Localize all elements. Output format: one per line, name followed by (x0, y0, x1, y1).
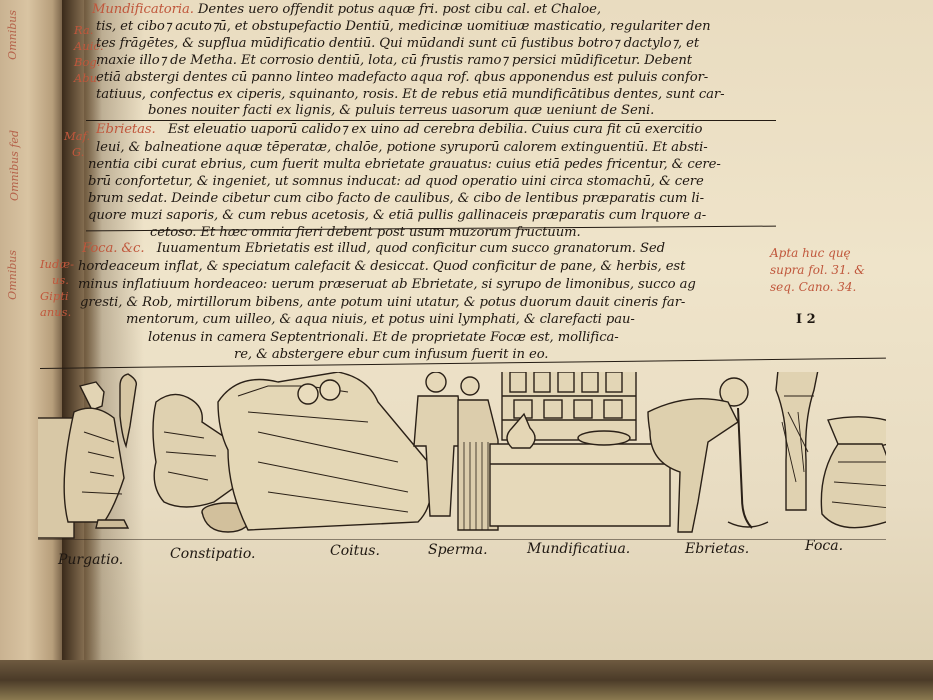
rubric-heading: Ebrietas. (96, 122, 156, 137)
left-margin-word: Omnibus (6, 10, 19, 60)
right-margin-note: Apta huc quę supra fol. 31. & seq. Cano.… (770, 245, 865, 296)
margin-note-line: us. (40, 272, 74, 288)
text-line: Mundificatoria. Dentes uero offendit pot… (92, 2, 601, 17)
margin-note-line: anus. (40, 304, 74, 320)
caption-ebrietas: Ebrietas. (685, 541, 749, 557)
margin-note-line: Iudæ- (40, 256, 74, 272)
text-line: Foca. &c. Iuuamentum Ebrietatis est illu… (82, 241, 665, 256)
left-margin-word: Omnibus fed (8, 130, 21, 201)
text-line: leui, & balneatione aquæ tēperatæ, chalō… (96, 140, 708, 155)
foca-vessels (776, 372, 886, 528)
margin-note-line: seq. Cano. 34. (770, 279, 865, 296)
text-line: tis, et cibo⁊ acuto⁊ū, et obstupefactio … (96, 19, 710, 34)
text-line: brū confortetur, & ingeniet, ut somnus i… (88, 174, 704, 189)
caption-coitus: Coitus. (330, 543, 380, 559)
text-line: quore muzi saporis, & cum rebus acetosis… (88, 208, 706, 223)
caption-constipatio: Constipatio. (170, 546, 256, 562)
text-line: gresti, & Rob, mirtillorum bibens, ante … (80, 295, 685, 310)
caption-mundificatiua: Mundificatiua. (527, 541, 630, 557)
purgatio-figure (38, 374, 136, 538)
text-line: Ebrietas. Est eleuatio uaporū calido⁊ ex… (96, 122, 702, 137)
text-span: Est eleuatio uaporū calido⁊ ex uino ad c… (168, 122, 702, 137)
text-line: maxie illo⁊ de Metha. Et corrosio dentiū… (96, 53, 692, 68)
margin-note-line: Maf. (64, 128, 90, 144)
left-page-edge: Omnibus Omnibus fed Omnibus (0, 0, 70, 700)
left-margin-word: Omnibus (6, 250, 19, 300)
text-line: brum sedat. Deinde cibetur cum cibo fact… (88, 191, 704, 206)
woodcut-illustration (38, 372, 886, 540)
text-span: Dentes uero offendit potus aquæ fri. pos… (198, 2, 601, 17)
text-line: tes frāgētes, & supflua mūdificatio dent… (96, 36, 699, 51)
text-line: nentia cibi curat ebrius, cum fuerit mul… (88, 157, 721, 172)
mundificatiua-scene (490, 372, 670, 526)
caption-sperma: Sperma. (428, 542, 488, 558)
margin-note-line: Apta huc quę (770, 245, 865, 262)
caption-foca: Foca. (805, 538, 843, 554)
margin-note: Maf. G. (64, 128, 90, 160)
margin-note: Iudæ- us. Gipti anus. (40, 256, 74, 320)
text-span: Iuuamentum Ebrietatis est illud, quod co… (157, 241, 665, 256)
margin-note-line: Gipti (40, 288, 74, 304)
margin-note-line: G. (64, 144, 90, 160)
text-line: re, & abstergere ebur cum infusum fuerit… (234, 347, 548, 362)
folio-signature: I 2 (796, 312, 816, 327)
rubric-heading: Foca. &c. (82, 241, 144, 256)
text-line: lotenus in camera Septentrionali. Et de … (148, 330, 619, 345)
text-line: mentorum, cum uilleo, & aqua niuis, et p… (126, 312, 635, 327)
rubric-heading: Mundificatoria. (92, 2, 194, 17)
text-line: etiā abstergi dentes cū panno linteo mad… (96, 70, 708, 85)
text-line: minus inflatiuum hordeaceo: uerum præser… (78, 277, 696, 292)
coitus-bed (218, 372, 431, 530)
caption-purgatio: Purgatio. (58, 552, 123, 568)
page-bottom-edge (0, 660, 933, 700)
section-divider (86, 120, 776, 121)
text-line: bones nouiter facti ex lignis, & puluis … (148, 103, 654, 118)
text-line: tatiuus, confectus ex ciperis, squinanto… (96, 87, 724, 102)
margin-note-line: supra fol. 31. & (770, 262, 865, 279)
text-line: hordeaceum inflat, & speciatum calefacit… (78, 259, 685, 274)
